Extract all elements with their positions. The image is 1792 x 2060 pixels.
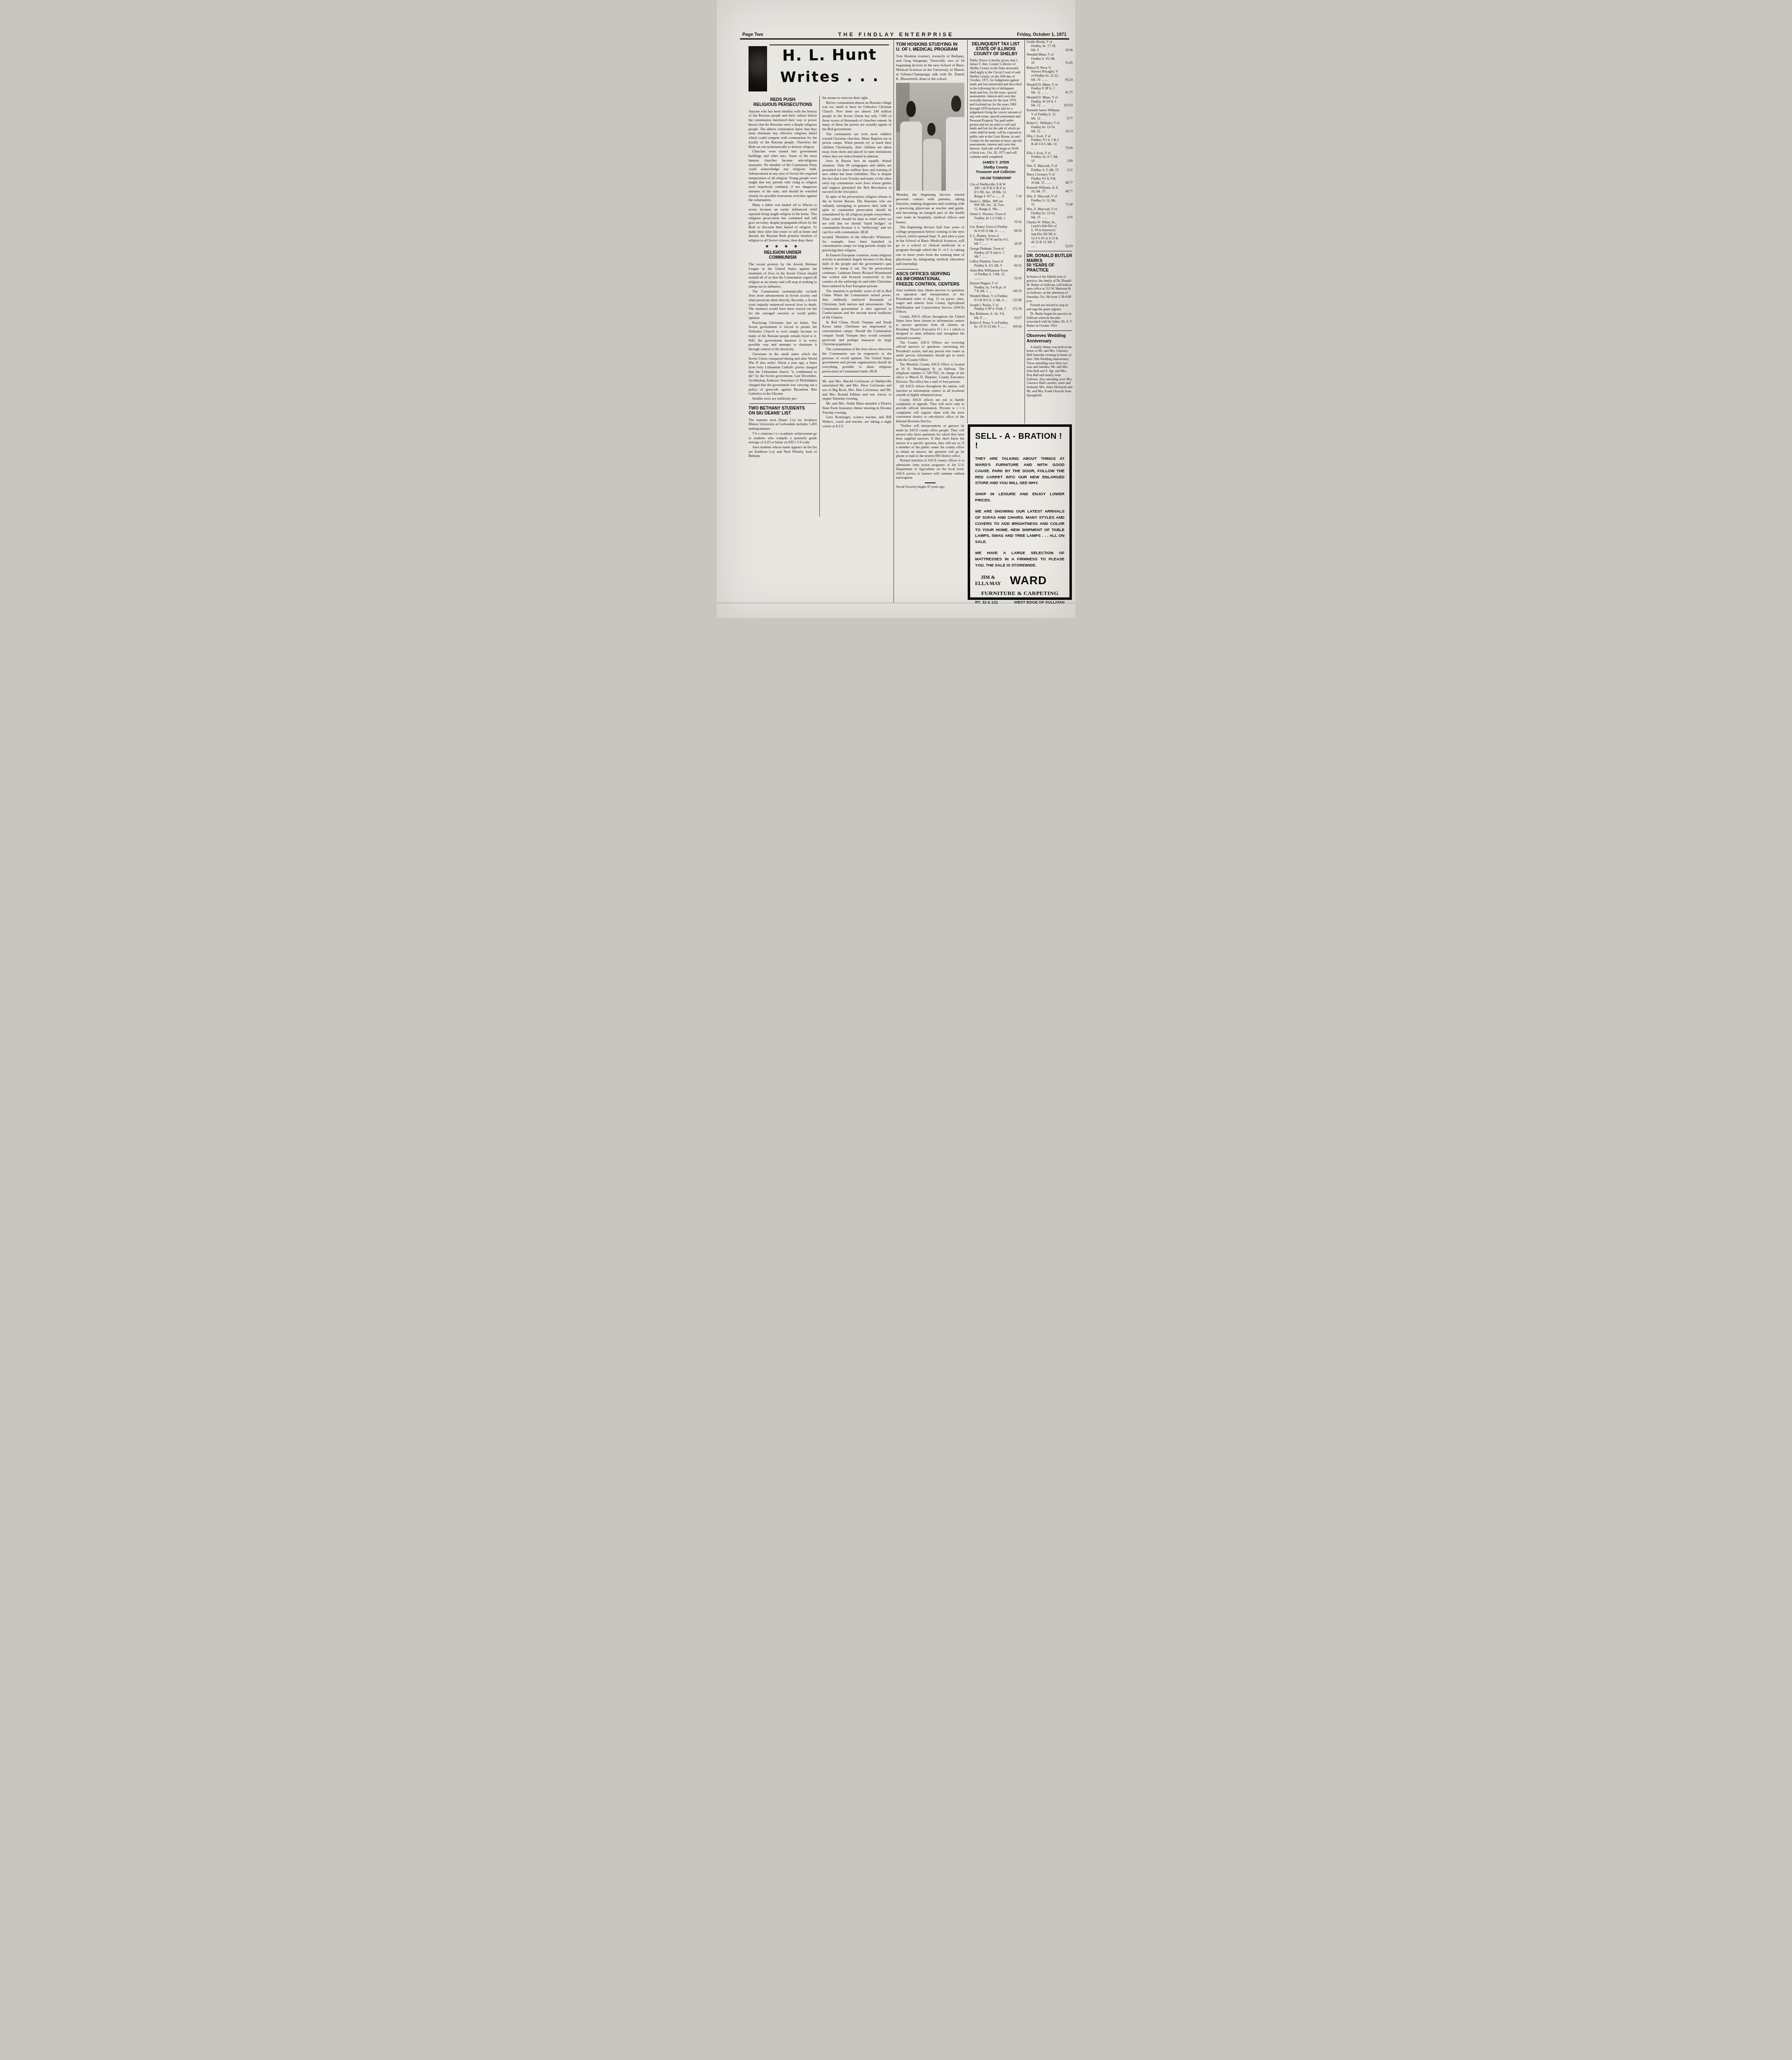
tax-entry-description: City of Shelbyville, E & W 200' x & N & … — [970, 183, 1007, 198]
tax-entry: LeRoy Plunkett, Town of Findlay lt. 4,5,… — [970, 260, 1022, 268]
tax-entry: Harry Coventry, V of Findlay S½ lt. 9 & … — [1027, 173, 1073, 185]
tax-entry: Wm. E. Maycraft, V of Findlay, lt. 12, b… — [1027, 194, 1073, 206]
article-paragraph: The beginning doctors had four years of … — [896, 225, 964, 266]
tax-entry: Wendell D. Miner, V of Findlay, W 24' lt… — [1027, 96, 1073, 108]
tax-entry-description: Wendell Miner, V of Findlay E½ & W½ lt. … — [970, 294, 1008, 302]
tax-entry-description: Harry Coventry, V of Findlay S½ lt. 9 & … — [1027, 173, 1056, 185]
end-dash-divider — [925, 482, 936, 483]
article-paragraph: Smaller sects are ruthlessly per- — [749, 396, 817, 401]
hunt-title-line1: H. L. Hunt — [768, 45, 891, 64]
photo-figure — [900, 122, 922, 191]
ad-paragraph: WE ARE SHOWING OUR LATEST ARRIVALS OF SO… — [975, 509, 1064, 545]
tax-entry-amount: 53.45 — [1065, 61, 1073, 65]
tax-entry-description: Wendell D. Miner, V of Findlay, W 24' lt… — [1027, 96, 1058, 108]
section-divider — [896, 269, 919, 269]
article-paragraph: Many a father was hauled off to Siberia … — [749, 203, 817, 243]
article-paragraph: the means to exercise their right. — [822, 96, 891, 100]
tax-entry-description: Robert F. Perry, V of Findlay lts. 10-11… — [970, 321, 1008, 329]
ad-headline: SELL - A - BRATION ! ! — [975, 432, 1064, 451]
tax-entry-amount: 20.46 — [1065, 48, 1073, 52]
photo-figure — [927, 123, 936, 136]
tax-entry-amount: 70.90 — [1065, 146, 1073, 150]
hunt-title-line2: Writes . . . — [768, 68, 891, 86]
article-paragraph: Churches were turned into government bui… — [749, 149, 817, 202]
tom-hoskins-heading: TOM HOSKINS STUDYING IN U. OF I. MEDICAL… — [896, 42, 964, 52]
stars-separator: ✱ ✱ ✱ ✱ — [749, 244, 817, 249]
article-paragraph: Monday the beginning doctors started per… — [896, 192, 964, 225]
tax-entry-description: Robert L. Williams, V of Findlay lts. 13… — [1027, 121, 1060, 133]
tax-entry-amount: 106.64 — [1013, 325, 1022, 329]
tax-entry-description: Anna Mae Williamson Town of Findlay, lt.… — [970, 269, 1008, 281]
tax-entry-description: Ellis J. Scott, V of Findlay, S½ lt. 1 &… — [1027, 134, 1059, 150]
township-heading: OKAW TOWNSHIP — [970, 176, 1022, 180]
tax-entry: Goldie Reedy, V of Findlay, lts. 17-18, … — [1027, 40, 1073, 52]
wedding-anniversary-heading: Observes Wedding Anniversary — [1027, 333, 1073, 344]
tax-entry-amount: 48.77 — [1065, 190, 1073, 194]
tax-entry: Kenneth Williams, Jr. lt. 10, blk. 15 ..… — [1027, 186, 1073, 194]
tax-entry-description: Wm. E. Maycraft, V of Findlay, lt. 12, b… — [1027, 194, 1057, 206]
dr-butler-heading: DR. DONALD BUTLER MARKS 50 YEARS OF PRAC… — [1027, 254, 1073, 273]
tax-entry-amount: 7.10 — [1016, 194, 1022, 199]
tax-entry-amount: 272.18 — [1013, 307, 1022, 311]
article-paragraph: Public Notice is hereby given, that I, J… — [970, 59, 1022, 159]
tax-entry-amount: 83.24 — [1065, 78, 1073, 82]
tax-entry: Lut- Roney Town of Findlay lts 9-10-11 b… — [970, 225, 1022, 233]
ad-signature-row: JIM & ELLA MAY WARD — [975, 574, 1064, 587]
tax-entry-amount: 28.39 — [1014, 242, 1022, 246]
section-divider — [749, 403, 816, 404]
photo-figure — [946, 117, 964, 190]
tax-entry-description: Charles W. White, Sr., Leach's Sub-Div o… — [1027, 220, 1058, 248]
news-column-center: TOM HOSKINS STUDYING IN U. OF I. MEDICAL… — [896, 40, 964, 604]
tax-entry: City of Shelbyville, E & W 200' x & N & … — [970, 183, 1022, 199]
header-rule — [740, 38, 1069, 40]
tax-entry: George Dedman, Town of Findlay 24' N sid… — [970, 247, 1022, 259]
tax-entry: Robert F. Perry, V of Findlay lts. 10-11… — [970, 321, 1022, 329]
tax-entry: Ray Robinson, Jr., lts. 5-6, blk. 8 ....… — [970, 312, 1022, 320]
photo-figure — [923, 139, 941, 191]
tax-entry: Anna Mae Williamson Town of Findlay, lt.… — [970, 269, 1022, 281]
article-paragraph: Mr. and Mrs. Noble Rhea attended a Distr… — [822, 401, 891, 414]
tax-entry-amount: 3.21 — [1067, 168, 1073, 172]
tax-entry-amount: 8.77 — [1067, 117, 1073, 121]
tax-entry: Ellis J. Scott, V of Findlay, S½ lt. 1 &… — [1027, 134, 1073, 150]
article-paragraph: The communists are even more ruthless to… — [822, 132, 891, 158]
article-paragraph: A family dinner was held in the home of … — [1027, 345, 1073, 398]
tax-entry-description: Goldie Reedy, V of Findlay, lts. 17-18, … — [1027, 40, 1056, 52]
tax-entry-amount: 52.93 — [1014, 276, 1022, 281]
tax-entry-amount: 98.56 — [1014, 229, 1022, 233]
tax-entry: Ellis J. Scott, V of Findlay, lts. 6-7, … — [1027, 151, 1073, 163]
tax-entry: Dayton Wagner, V of Findlay, lts. 5-6 & … — [970, 281, 1022, 293]
tax-entry: Glenn A. Wooters, Town of Findlay, lts 1… — [970, 212, 1022, 224]
article-paragraph: County ASCS offices are not to handle co… — [896, 398, 964, 424]
tax-entry-amount: 81.75 — [1065, 91, 1073, 95]
article-paragraph: Anyone who has been familiar with the hi… — [749, 109, 817, 149]
tax-entry-description: S. L. Benner, Town of Findlay 74' W end … — [970, 234, 1008, 246]
tax-entry-description: LeRoy Plunkett, Town of Findlay lt. 4,5,… — [970, 260, 1003, 267]
ad-paragraph: WE HAVE A LARGE SELECTION OF MATTRESSES … — [975, 550, 1064, 569]
tax-entry: S. L. Benner, Town of Findlay 74' W end … — [970, 234, 1022, 246]
tax-entry-description: Glenn A. Wooters, Town of Findlay, lts 1… — [970, 212, 1006, 224]
article-paragraph: Tom Hoskins (center), formerly of Bethan… — [896, 54, 964, 82]
tax-entry-amount: 48.77 — [1065, 181, 1073, 185]
column-divider — [819, 96, 820, 517]
article-paragraph: Area students whose name appears on the … — [749, 445, 817, 458]
tax-entry-amount: 33.67 — [1014, 316, 1022, 320]
section-divider — [823, 376, 891, 377]
article-paragraph: All ASCS offices throughout the nation, … — [896, 384, 964, 397]
doctors-photo — [896, 83, 964, 191]
article-paragraph: In honor of his fiftieth year of practic… — [1027, 275, 1073, 303]
two-bethany-students-heading: TWO BETHANY STUDENTS ON SIU DEANS' LIST — [749, 406, 817, 416]
tax-entry-description: Wendell D. Miner, V of Findlay E 38' lt.… — [1027, 83, 1058, 95]
section-divider — [1027, 330, 1072, 331]
tax-entry-description: Wm. E. Maycraft, V of Findlay lts. 13-14… — [1027, 207, 1057, 219]
article-paragraph: Mr. and Mrs. Harold Colclasure of Shelby… — [822, 379, 891, 401]
hunt-feature-rule — [770, 44, 889, 45]
ad-owner-names: JIM & ELLA MAY — [975, 574, 1001, 587]
article-paragraph: The recent protests by the Jewish Defens… — [749, 262, 817, 288]
right-column: Goldie Reedy, V of Findlay, lts. 17-18, … — [1027, 40, 1073, 424]
article-paragraph: The summer term Deans' List for Southern… — [749, 418, 817, 431]
tax-entry-amount: 19.42 — [1014, 220, 1022, 224]
ad-store-type: FURNITURE & CARPETING — [975, 590, 1064, 597]
tax-entry-description: Robert D. Perry % Sincero Piscaglia, V o… — [1027, 66, 1059, 82]
tax-entry-description: Wendell Miner, V of Findlay lt. 19, blk.… — [1027, 53, 1055, 65]
ad-paragraph: THEY ARE TALKING ABOUT THINGS AT WARD'S … — [975, 456, 1064, 487]
article-paragraph: The Moultrie County ASCS Office is locat… — [896, 363, 964, 384]
tax-entry-amount: 2.05 — [1016, 207, 1022, 211]
tax-entry-amount: 52.93 — [1065, 244, 1073, 248]
tax-entry-description: Wm. E. Maycraft, V of Findlay, lt. 5, bl… — [1027, 164, 1059, 172]
ad-paragraph: SHOP IN LEISURE AND ENJOY LOWER PRICES. — [975, 492, 1064, 504]
tax-entry-description: Dayton Wagner, V of Findlay, lts. 5-6 & … — [970, 281, 1006, 293]
photo-figure — [906, 101, 916, 117]
wards-furniture-ad: SELL - A - BRATION ! ! THEY ARE TALKING … — [968, 424, 1072, 600]
tax-entry: Wendell Miner, V of Findlay E½ & W½ lt. … — [970, 294, 1022, 302]
tax-entry: Robert D. Perry % Sincero Piscaglia, V o… — [1027, 66, 1073, 82]
article-paragraph: The Communists systematically exclude Je… — [749, 289, 817, 320]
collector-signature: JAMES T. JITER Shelby County Treasurer a… — [970, 160, 1022, 174]
tax-entry-amount: 73.48 — [1065, 203, 1073, 207]
article-paragraph: Social Security began 35 years ago. — [896, 485, 964, 489]
article-paragraph: secuted. Members of the Jehovah's Witnes… — [822, 235, 891, 253]
article-paragraph: In Eastern European countries, some reli… — [822, 253, 891, 288]
article-paragraph: Before communism almost no Russian villa… — [822, 101, 891, 131]
photo-figure — [951, 96, 961, 112]
tax-entry: James L. Miller, .908 out NW NE, Sec. 32… — [970, 199, 1022, 211]
tax-entry-description: Kenneth Junior Williams V of Findlay lt.… — [1027, 108, 1060, 120]
tax-list-column: DELINQUENT TAX LIST STATE OF ILLINOIS CO… — [970, 40, 1022, 424]
tax-entry-description: James L. Miller, .908 out NW NE, Sec. 32… — [970, 199, 1004, 211]
hunt-column-title: H. L. Hunt Writes . . . — [768, 45, 892, 86]
article-paragraph: T h e citations f o r academic achieveme… — [749, 431, 817, 445]
article-paragraph: "Neither will interpretations or guesses… — [896, 424, 964, 458]
article-paragraph: Christians in the small states which the… — [749, 352, 817, 396]
reds-push-heading: REDS PUSH RELIGIOUS PERSECUTIONS — [749, 98, 817, 108]
tax-entry: Wendell Miner, V of Findlay lt. 19, blk.… — [1027, 53, 1073, 65]
article-paragraph: Dr. Butler began his practice in Sulliva… — [1027, 312, 1073, 328]
tax-entry-amount: 3.89 — [1067, 159, 1073, 163]
tax-entry-amount: 60.52 — [1014, 264, 1022, 268]
section-divider — [1027, 251, 1072, 251]
article-paragraph: Normal function of ASCS county offices i… — [896, 459, 964, 480]
article-paragraph: Friends are invited to stop in and sign … — [1027, 303, 1073, 311]
ascs-offices-heading: ASCS OFFICES SERVING AS INFORMATIONAL FR… — [896, 272, 964, 287]
ad-brand-name: WARD — [1010, 574, 1047, 587]
tax-entry-description: Ray Robinson, Jr., lts. 5-6, blk. 8 ....… — [970, 312, 1005, 320]
issue-date: Friday, October 1, 1971 — [1017, 32, 1067, 37]
tax-entry-amount: 125.80 — [1013, 298, 1022, 302]
article-paragraph: In spite of the persecution, religion re… — [822, 194, 891, 234]
tax-entry-amount: 149.55 — [1013, 289, 1022, 293]
article-paragraph: County ASCS offices throughout the Unite… — [896, 315, 964, 341]
column-divider — [967, 40, 968, 424]
tax-entry: Joseph J. Pasley, V of Findlay S 90' lt.… — [970, 303, 1022, 311]
tax-entry-amount: 88.98 — [1014, 255, 1022, 259]
article-paragraph: The commutation of the Jews shows that e… — [822, 347, 891, 373]
tax-entry-description: Kenneth Williams, Jr. lt. 10, blk. 15 .. — [1027, 186, 1059, 194]
page-bottom-rule — [717, 603, 1075, 603]
hunt-column-left: REDS PUSH RELIGIOUS PERSECUTIONSAnyone w… — [749, 96, 817, 602]
article-paragraph: In Red China, North Vietnam and North Ko… — [822, 320, 891, 346]
religion-under-communism-heading: RELIGION UNDER COMMUNISM — [749, 250, 817, 260]
hl-hunt-portrait-photo — [749, 46, 767, 91]
tax-entry-amount: 6.05 — [1067, 215, 1073, 220]
tax-entry-description: George Dedman, Town of Findlay 24' N sid… — [970, 247, 1005, 259]
tax-entry-amount: 103.03 — [1064, 103, 1073, 108]
tax-entry-description: Ellis J. Scott, V of Findlay, lts. 6-7, … — [1027, 151, 1058, 163]
newspaper-page: Page Two THE FINDLAY ENTERPRISE Friday, … — [717, 0, 1075, 618]
tax-entry-description: Joseph J. Pasley, V of Findlay S 90' lt.… — [970, 303, 1006, 311]
tax-entry: Charles W. White, Sr., Leach's Sub-Div o… — [1027, 220, 1073, 248]
tax-entry: Wm. E. Maycraft, V of Findlay, lt. 5, bl… — [1027, 164, 1073, 172]
tax-entry: Wendell D. Miner, V of Findlay E 38' lt.… — [1027, 83, 1073, 95]
column-divider — [1025, 40, 1025, 424]
article-paragraph: Gary Krutsinger, science teacher, and Bi… — [822, 415, 891, 428]
article-paragraph: Practicing Christians fare no better. Th… — [749, 321, 817, 351]
delinquent-tax-list-heading: DELINQUENT TAX LIST STATE OF ILLINOIS CO… — [970, 42, 1022, 57]
column-divider — [894, 40, 894, 603]
article-paragraph: Area residents may obtain answers to que… — [896, 288, 964, 314]
tax-entry-amount: 33.13 — [1065, 129, 1073, 133]
hunt-column-right: the means to exercise their right.Before… — [822, 96, 891, 602]
article-paragraph: Jews in Russia face an equally dismal si… — [822, 159, 891, 194]
tax-entry-description: Lut- Roney Town of Findlay lts 9-10-11 b… — [970, 225, 1008, 233]
tax-entry: Robert L. Williams, V of Findlay lts. 13… — [1027, 121, 1073, 133]
article-paragraph: The situation is probably worst of all i… — [822, 289, 891, 320]
article-paragraph: The County ASCS Offices are receiving of… — [896, 341, 964, 362]
tax-entry: Wm. E. Maycraft, V of Findlay lts. 13-14… — [1027, 207, 1073, 219]
tax-entry: Kenneth Junior Williams V of Findlay lt.… — [1027, 108, 1073, 120]
